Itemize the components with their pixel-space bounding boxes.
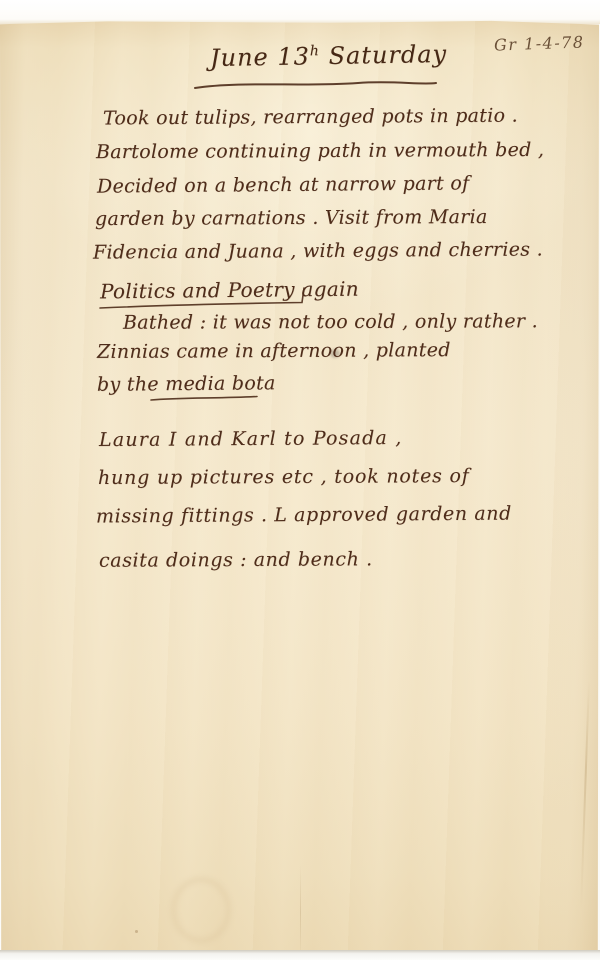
diary-line: Bathed : it was not too cold , only rath…	[123, 310, 538, 333]
diary-line: garden by carnations . Visit from Maria	[95, 206, 488, 230]
media-bota-underline-stroke	[150, 394, 260, 404]
diary-line: hung up pictures etc , took notes of	[98, 465, 470, 489]
media-bota-prefix: by the	[97, 373, 165, 396]
diary-line: Laura I and Karl to Posada ,	[99, 427, 403, 451]
scanned-diary-page: { "colors": { "ink": "#4e2c1a", "paper":…	[0, 0, 600, 960]
title-prefix: June 13	[210, 42, 310, 72]
entry-date-title: June 13h Saturday	[210, 40, 448, 72]
heading-underline-stroke	[98, 288, 310, 312]
diary-line: Took out tulips, rearranged pots in pati…	[103, 105, 518, 130]
paper-speck	[135, 930, 138, 933]
diary-line: Decided on a bench at narrow part of	[97, 172, 470, 197]
diary-line: casita doings : and bench .	[99, 548, 373, 571]
title-rest: Saturday	[320, 40, 448, 70]
diary-line: Zinnias came in afternoon , planted	[97, 339, 451, 363]
diary-line: Bartolome continuing path in vermouth be…	[96, 139, 544, 163]
title-underline-stroke	[193, 76, 439, 92]
diary-line: missing fittings . L approved garden and	[96, 503, 512, 528]
title-ordinal-superscript: h	[310, 43, 320, 59]
scanner-background-top	[0, 0, 600, 24]
scanner-background-bottom	[0, 950, 600, 960]
diary-line: Fidencia and Juana , with eggs and cherr…	[93, 238, 543, 263]
diary-line: by the media bota	[97, 372, 276, 396]
paper-crease-right	[580, 680, 590, 910]
media-bota-underlined: media bota	[165, 372, 276, 395]
archival-code: Gr 1-4-78	[494, 32, 585, 54]
paper-stain-ring	[172, 878, 230, 942]
paper-crease-bottom	[300, 865, 301, 960]
